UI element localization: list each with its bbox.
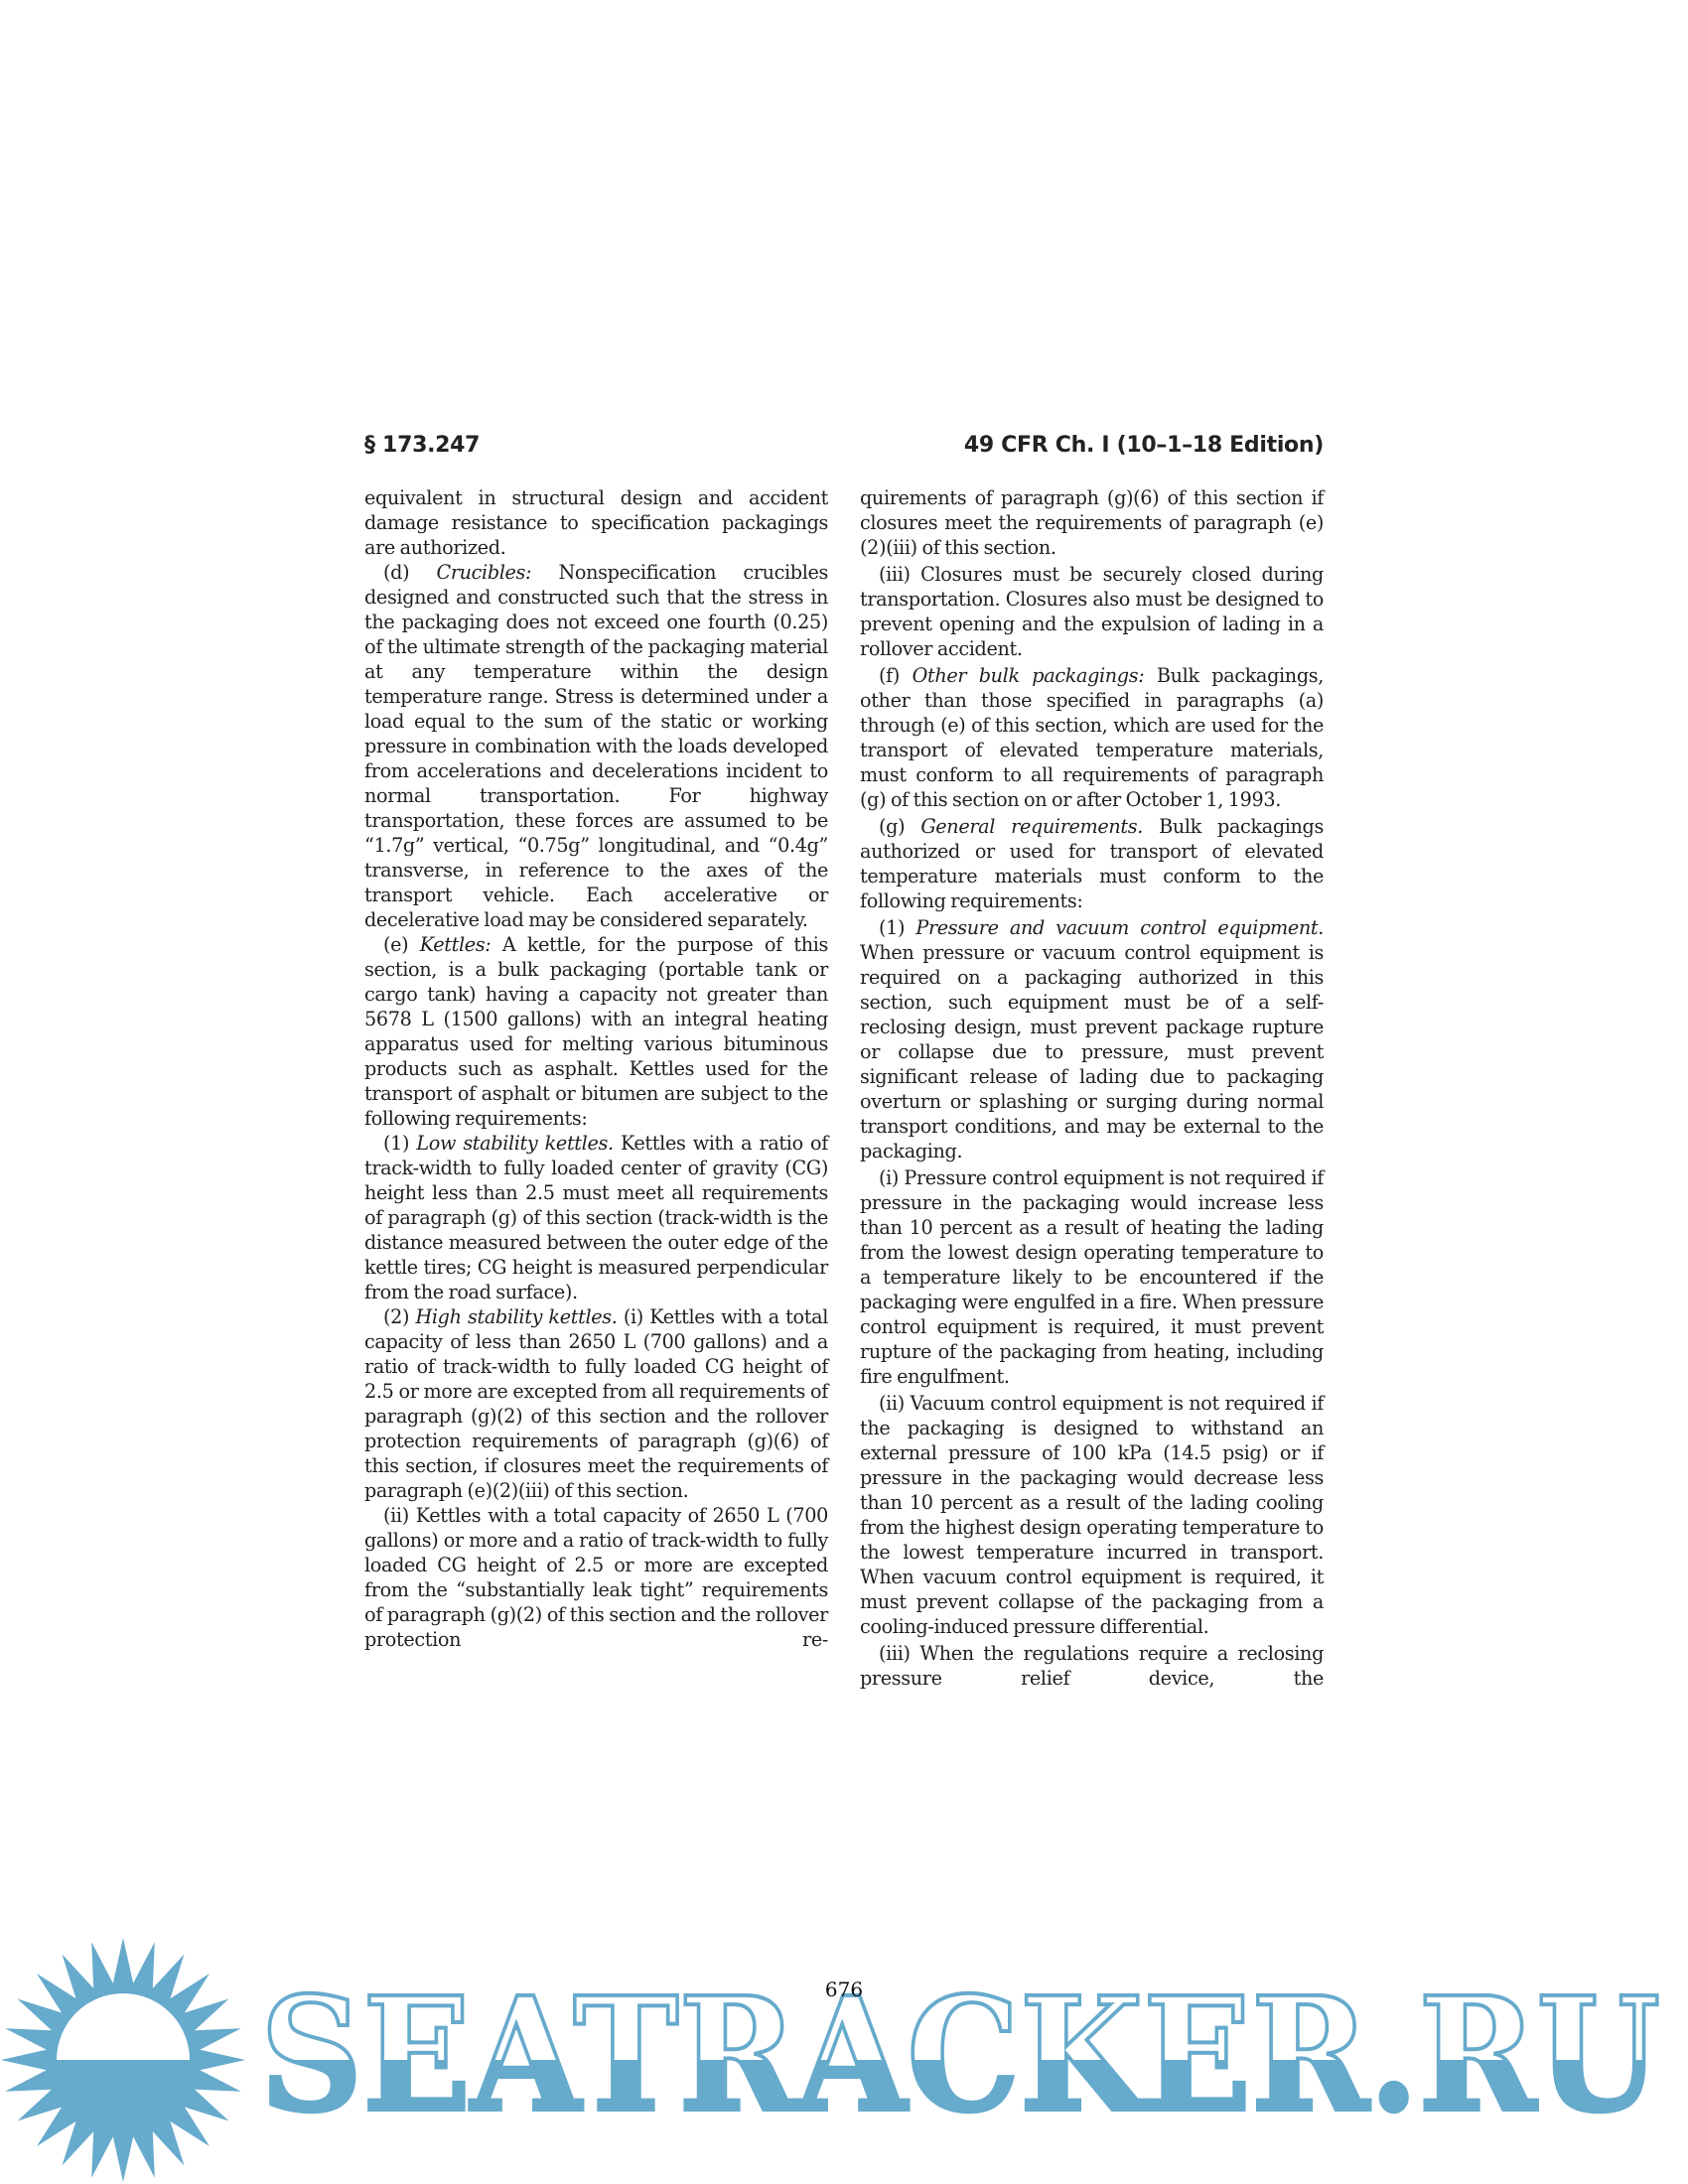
paragraph-d: (d) Crucibles: Nonspecification crucible… <box>364 560 828 932</box>
paragraph-text: equivalent in structural design and acci… <box>364 486 828 559</box>
paragraph-f: (f) Other bulk packagings: Bulk packagin… <box>860 663 1324 812</box>
section-number: § 173.247 <box>364 433 480 458</box>
paragraph-label: (1) <box>879 916 915 939</box>
running-header: § 173.247 49 CFR Ch. I (10–1–18 Edition) <box>364 433 1324 463</box>
left-column: equivalent in structural design and acci… <box>364 485 828 1652</box>
paragraph-g-1-i: (i) Pressure control equipment is not re… <box>860 1165 1324 1389</box>
paragraph-label: (g) <box>879 815 920 838</box>
paragraph-heading: Pressure and vacuum control equipment. <box>915 916 1324 939</box>
paragraph-text: (i) Kettles with a total capacity of les… <box>364 1305 828 1502</box>
paragraph-heading: Kettles: <box>420 933 492 956</box>
paragraph-label: (2) <box>383 1305 416 1328</box>
paragraph-text: Kettles with a ratio of track-width to f… <box>364 1132 828 1303</box>
paragraph-text: (iii) When the regulations require a rec… <box>860 1642 1324 1690</box>
paragraph-label: (e) <box>383 933 420 956</box>
paragraph-text: (iii) Closures must be securely closed d… <box>860 563 1324 660</box>
paragraph-heading: Low stability kettles. <box>416 1132 613 1155</box>
paragraph-e: (e) Kettles: A kettle, for the purpose o… <box>364 932 828 1131</box>
paragraph-heading: Other bulk packagings: <box>913 664 1145 687</box>
paragraph-label: (d) <box>383 561 436 584</box>
watermark-logo-text: SEATRACKER.RU SEATRACKER.RU <box>260 1985 1670 2115</box>
paragraph-text: (i) Pressure control equipment is not re… <box>860 1166 1324 1388</box>
paragraph-e-2-iii: (iii) Closures must be securely closed d… <box>860 562 1324 661</box>
right-column: quirements of paragraph (g)(6) of this s… <box>860 485 1324 1691</box>
paragraph-g-1-iii: (iii) When the regulations require a rec… <box>860 1641 1324 1691</box>
paragraph-e-1: (1) Low stability kettles. Kettles with … <box>364 1131 828 1304</box>
paragraph-g: (g) General requirements. Bulk packaging… <box>860 814 1324 913</box>
cfr-edition-title: 49 CFR Ch. I (10–1–18 Edition) <box>964 433 1324 458</box>
paragraph-e-2-ii-continued: quirements of paragraph (g)(6) of this s… <box>860 485 1324 560</box>
paragraph-g-1: (1) Pressure and vacuum control equipmen… <box>860 915 1324 1163</box>
page-number: 676 <box>820 1978 868 2001</box>
paragraph-text: (ii) Vacuum control equipment is not req… <box>860 1392 1324 1638</box>
paragraph-text: quirements of paragraph (g)(6) of this s… <box>860 486 1324 559</box>
paragraph-label: (1) <box>383 1132 416 1155</box>
paragraph-heading: High stability kettles. <box>416 1305 618 1328</box>
paragraph-heading: Crucibles: <box>436 561 531 584</box>
paragraph-g-1-ii: (ii) Vacuum control equipment is not req… <box>860 1391 1324 1639</box>
paragraph-text: A kettle, for the purpose of this sectio… <box>364 933 828 1130</box>
paragraph-label: (f) <box>879 664 913 687</box>
paragraph-text: When pressure or vacuum control equipmen… <box>860 941 1324 1162</box>
paragraph-e-2-ii: (ii) Kettles with a total capacity of 26… <box>364 1503 828 1652</box>
paragraph-heading: General requirements. <box>920 815 1143 838</box>
paragraph-e-2: (2) High stability kettles. (i) Kettles … <box>364 1304 828 1503</box>
paragraph-text: (ii) Kettles with a total capacity of 26… <box>364 1504 828 1651</box>
paragraph-text: Nonspecification crucibles designed and … <box>364 561 828 931</box>
paragraph-c-continued: equivalent in structural design and acci… <box>364 485 828 560</box>
